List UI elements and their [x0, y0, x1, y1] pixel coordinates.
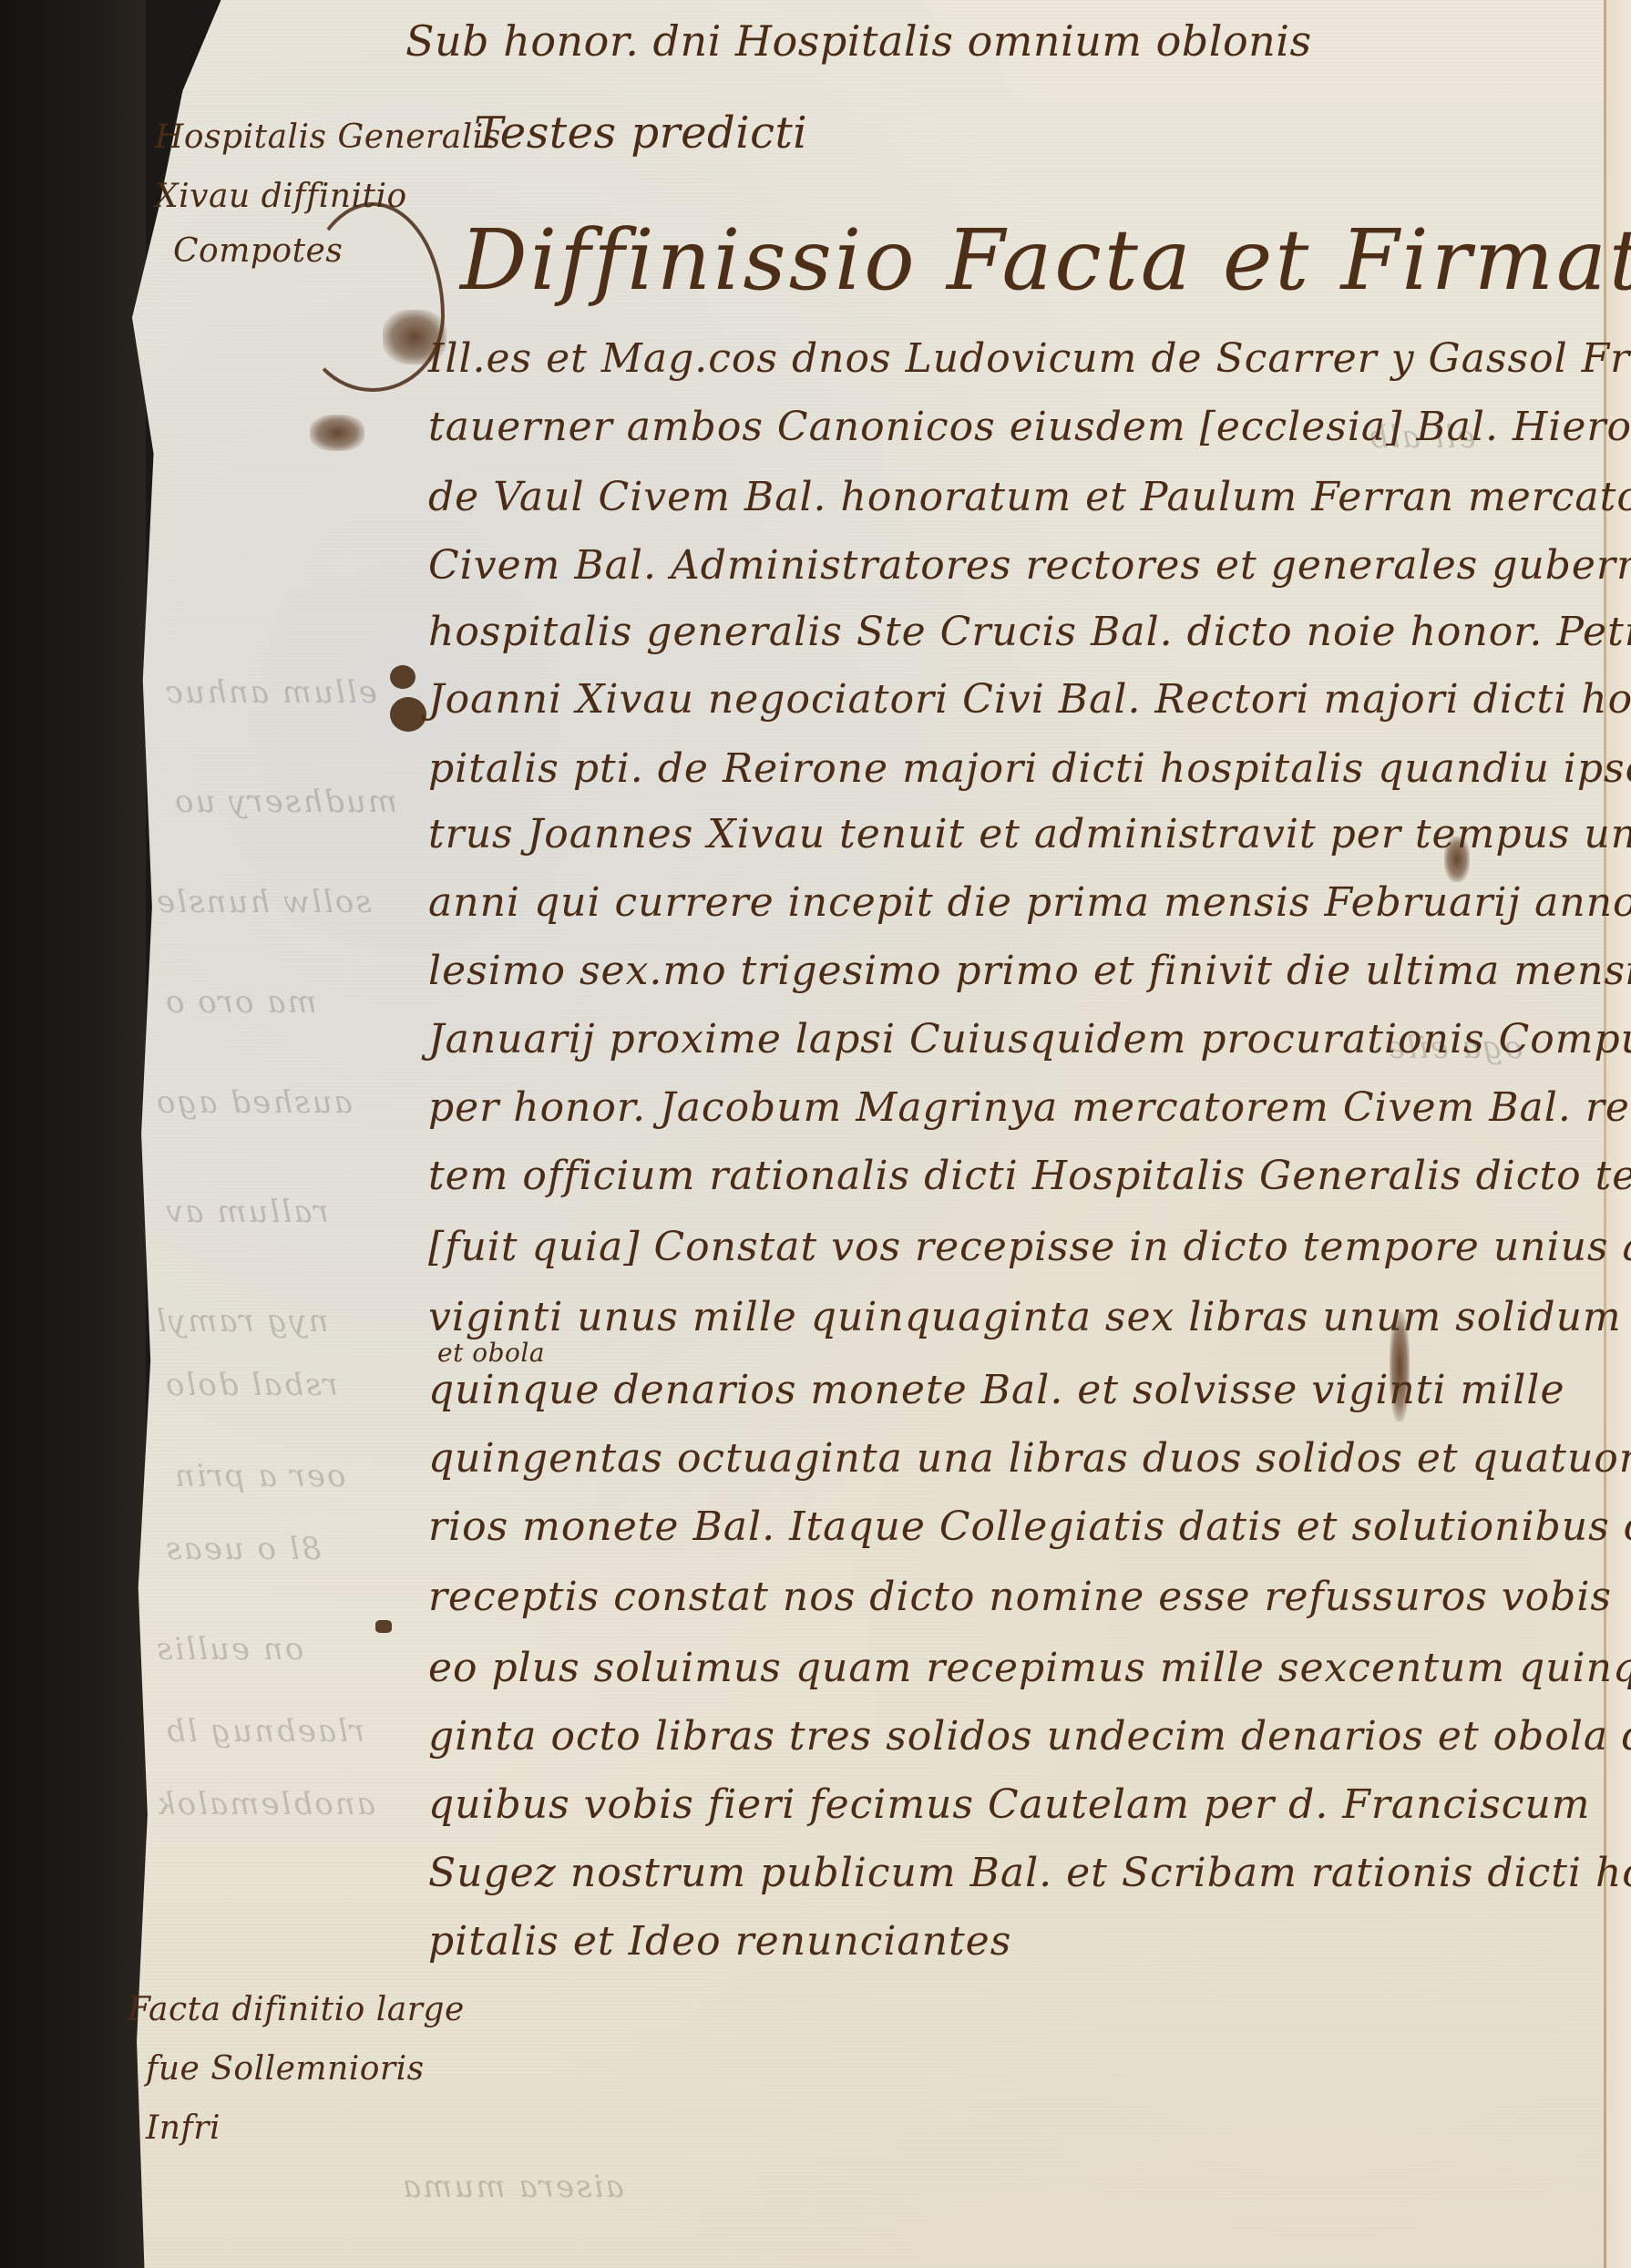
- body-line-10: lesimo sex.mo trigesimo primo et finivit…: [428, 948, 1631, 994]
- body-line-5: hospitalis generalis Ste Crucis Bal. dic…: [428, 609, 1631, 655]
- body-line-20: eo plus soluimus quam recepimus mille se…: [428, 1645, 1631, 1691]
- margin-note-bottom-line-2: fue Sollemnioris: [146, 2050, 425, 2088]
- body-line-12: per honor. Jacobum Magrinya mercatorem C…: [428, 1084, 1631, 1131]
- body-line-1: Ill.es et Mag.cos dnos Ludovicum de Scar…: [428, 335, 1631, 382]
- bleed-through-text: mudhsery uo: [173, 784, 397, 820]
- body-line-9: anni qui currere incepit die prima mensi…: [428, 879, 1631, 926]
- bleed-through-text: aisera muma: [401, 2169, 624, 2205]
- bleed-through-text: anoblemalok: [155, 1786, 375, 1822]
- bleed-through-text: sollw hunsle: [155, 884, 372, 920]
- body-line-13: tem officium rationalis dicti Hospitalis…: [428, 1153, 1631, 1199]
- body-line-21: ginta octo libras tres solidos undecim d…: [428, 1713, 1631, 1760]
- ink-stain: [1390, 1312, 1410, 1421]
- interlinear-insertion: et obola: [437, 1338, 545, 1368]
- body-line-14: [fuit quia] Constat vos recepisse in dic…: [428, 1224, 1631, 1270]
- body-line-4: Civem Bal. Administratores rectores et g…: [428, 542, 1631, 589]
- bleed-through-text: ma oro o: [164, 984, 317, 1021]
- body-line-19: receptis constat nos dicto nomine esse r…: [428, 1574, 1612, 1620]
- bleed-through-text: rsbal dolo: [164, 1367, 338, 1403]
- bleed-through-text: oer a prin: [173, 1458, 346, 1494]
- body-line-23: Sugez nostrum publicum Bal. et Scribam r…: [428, 1850, 1631, 1896]
- body-line-2: tauerner ambos Canonicos eiusdem [eccles…: [428, 404, 1631, 450]
- margin-note-bottom-line-3: Infri: [146, 2109, 221, 2147]
- bleed-through-text: 8l o ueas: [164, 1531, 321, 1567]
- document-title: Diffinissio Facta et Firmata per ad.m: [460, 211, 1631, 309]
- body-line-24: pitalis et Ideo renunciantes: [428, 1918, 1011, 1965]
- body-line-7: pitalis pti. de Reirone majori dicti hos…: [428, 745, 1631, 792]
- bleed-through-text: ellum anhuc: [164, 674, 377, 711]
- ink-blot: [375, 1620, 392, 1633]
- body-line-15: viginti unus mille quinquaginta sex libr…: [428, 1294, 1631, 1340]
- ink-blot: [390, 697, 426, 732]
- header-line-2: Testes predicti: [474, 108, 807, 159]
- dark-backdrop: [0, 0, 146, 2268]
- bleed-through-text: rallum av: [164, 1194, 329, 1230]
- ink-blot: [390, 665, 415, 689]
- bleed-through-text: nyg ramyl: [155, 1303, 329, 1339]
- body-line-3: de Vaul Civem Bal. honoratum et Paulum F…: [428, 474, 1631, 520]
- ink-stain: [1444, 836, 1470, 882]
- body-line-22: quibus vobis fieri fecimus Cautelam per …: [428, 1781, 1590, 1828]
- bleed-through-text: aushed ago: [155, 1084, 353, 1121]
- bleed-through-text: on eullis: [155, 1631, 303, 1668]
- bleed-through-text: rlaebnug lb: [164, 1713, 364, 1750]
- body-line-6: Joanni Xivau negociatori Civi Bal. Recto…: [428, 676, 1631, 723]
- body-line-18: rios monete Bal. Itaque Collegiatis dati…: [428, 1503, 1631, 1550]
- ink-stain: [310, 415, 364, 451]
- ink-stain: [383, 310, 446, 364]
- margin-note-bottom-line-1: Facta difinitio large: [128, 1991, 465, 2028]
- header-line-1: Sub honor. dni Hospitalis omnium oblonis: [405, 16, 1312, 66]
- body-line-11: Januarij proxime lapsi Cuiusquidem procu…: [428, 1016, 1631, 1062]
- margin-note-top-line-1: Hospitalis Generalis: [155, 118, 501, 156]
- body-line-17: quingentas octuaginta una libras duos so…: [428, 1435, 1631, 1482]
